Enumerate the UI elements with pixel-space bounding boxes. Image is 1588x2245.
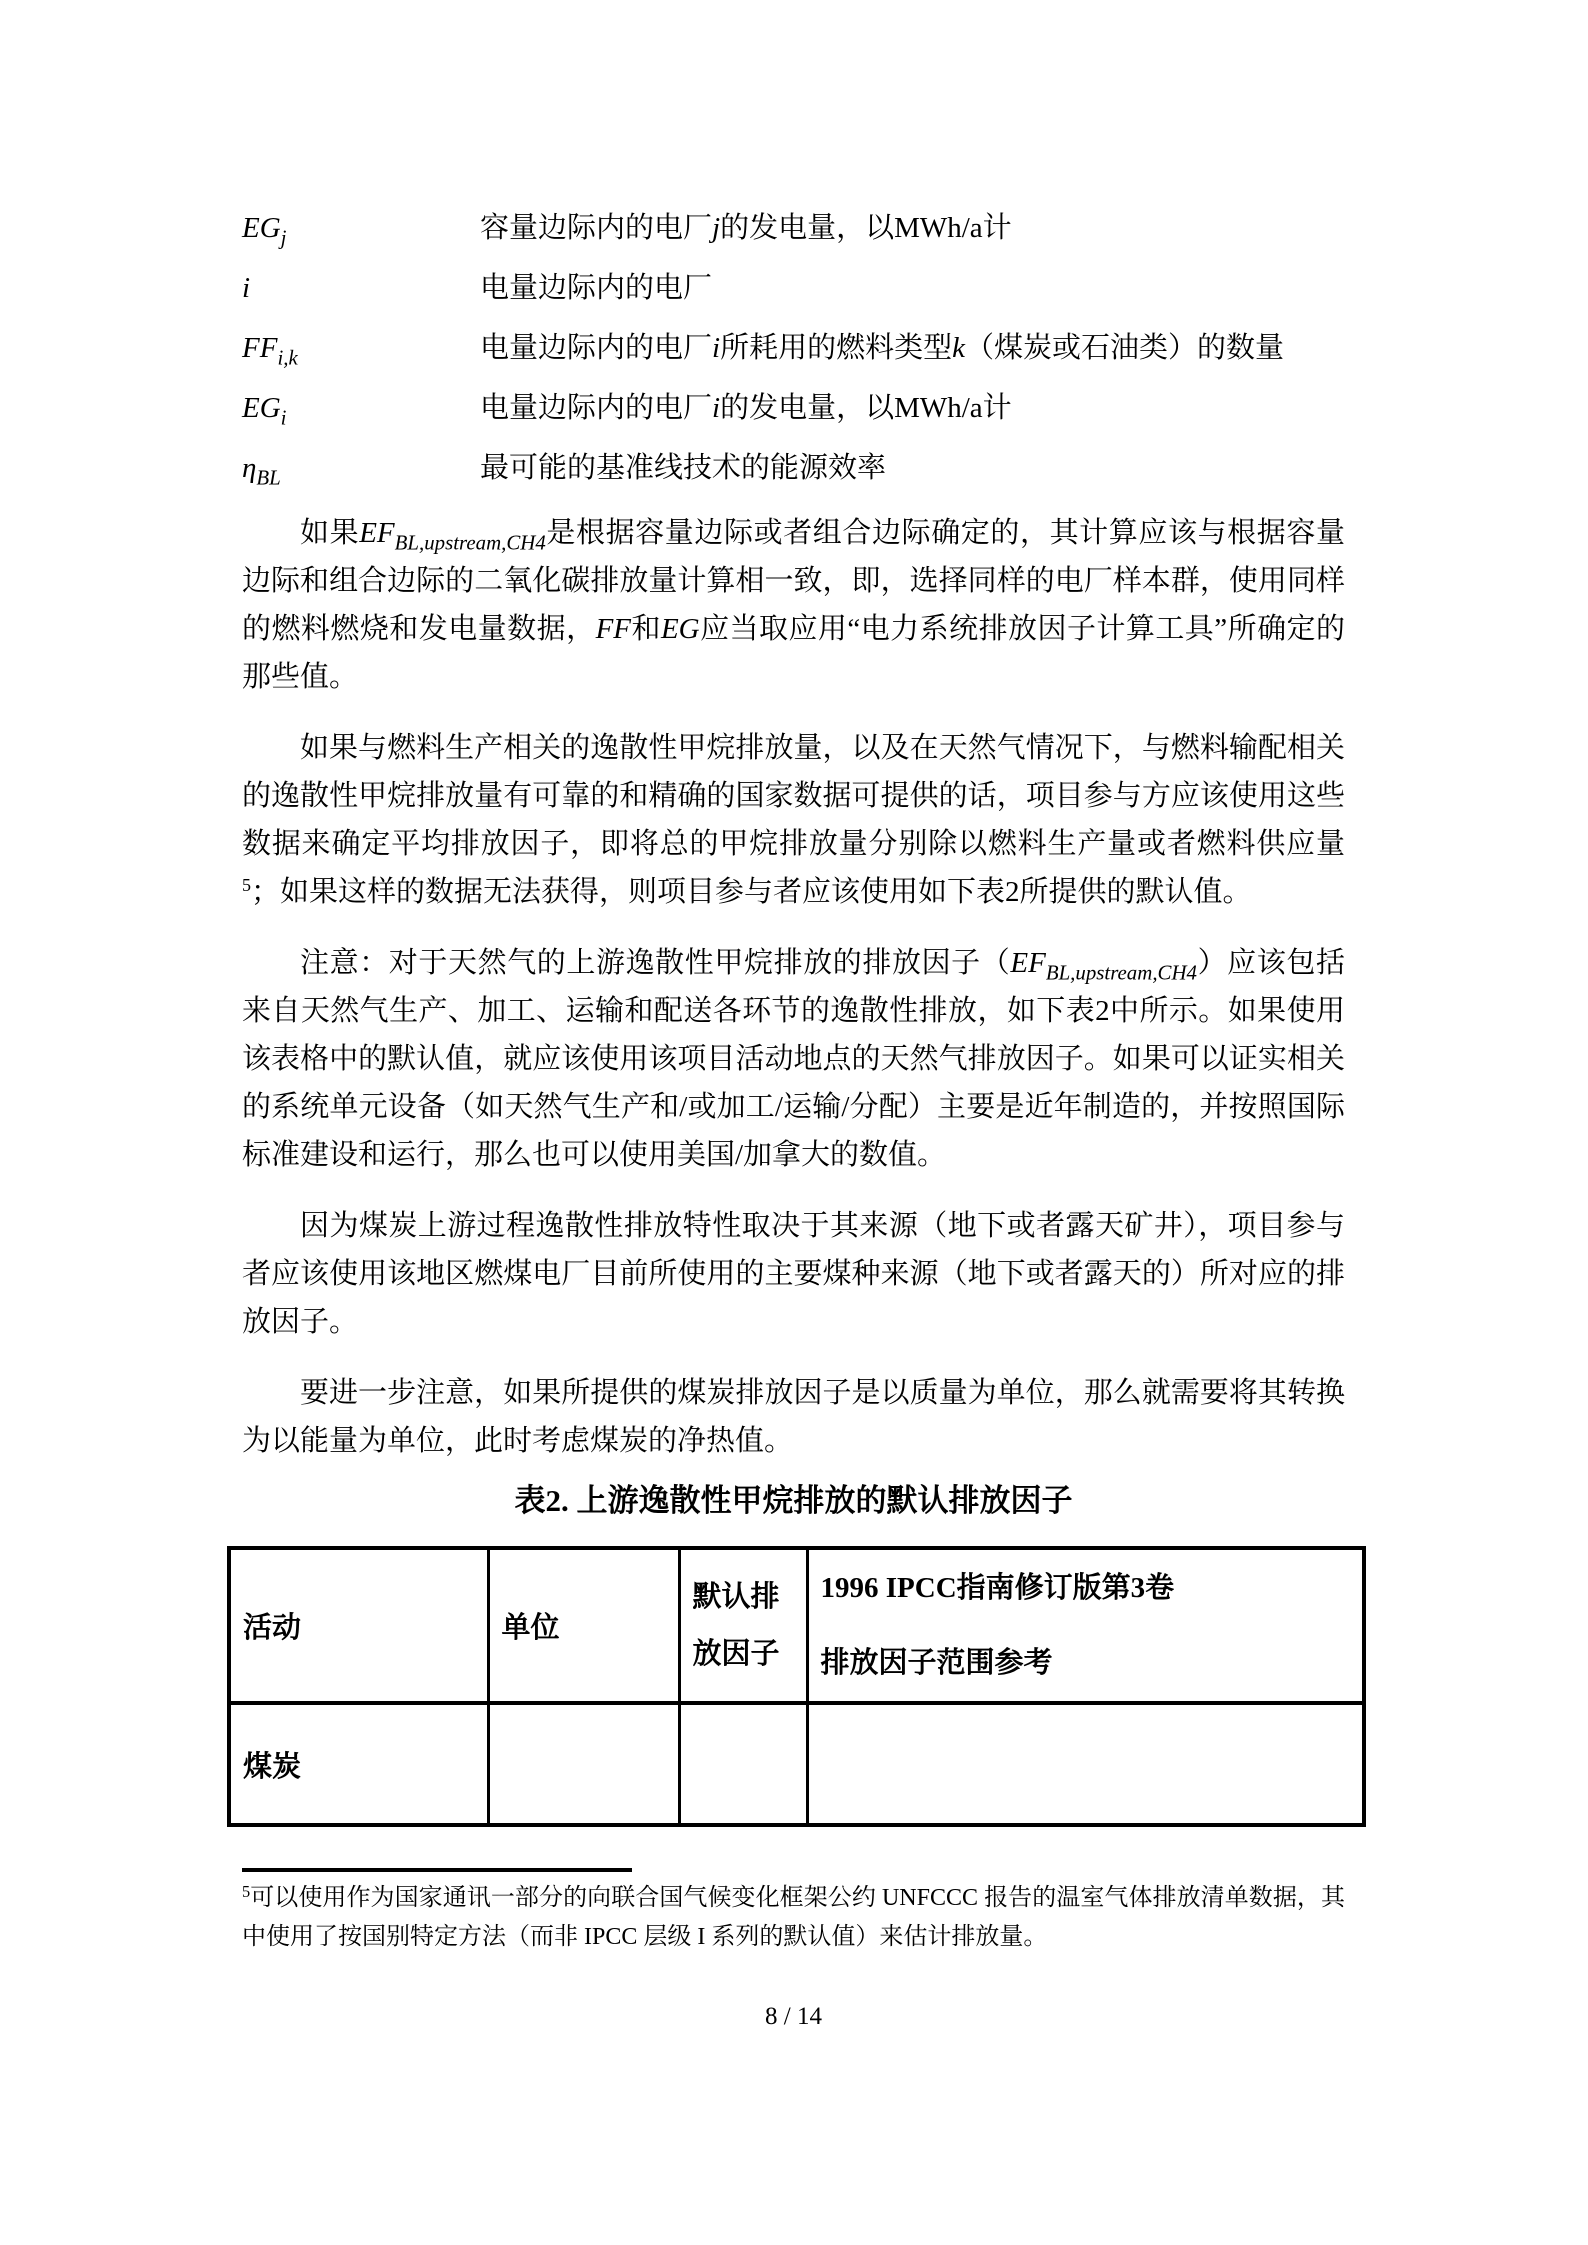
footnote-5: 5可以使用作为国家通讯一部分的向联合国气候变化框架公约 UNFCCC 报告的温室… <box>242 1879 1345 1957</box>
paragraph-ef-calculation: 如果EFBL,upstream,CH4是根据容量边际或者组合边际确定的，其计算应… <box>242 509 1345 701</box>
page-number: 8 / 14 <box>242 2001 1345 2033</box>
definition-row-eta: ηBL 最可能的基准线技术的能源效率 <box>242 443 1345 493</box>
definition-description: 电量边际内的电厂 <box>480 263 1345 313</box>
definition-symbol: i <box>242 263 480 313</box>
definition-symbol: EGj <box>242 203 480 253</box>
table-row-coal: 煤炭 <box>229 1703 1364 1825</box>
paragraph-national-data: 如果与燃料生产相关的逸散性甲烷排放量，以及在天然气情况下，与燃料输配相关的逸散性… <box>242 724 1345 916</box>
header-cell-activity: 活动 <box>229 1548 488 1703</box>
cell-coal-default-ef <box>679 1703 807 1825</box>
cell-coal-activity: 煤炭 <box>229 1703 488 1825</box>
definition-description: 最可能的基准线技术的能源效率 <box>480 443 1345 493</box>
definition-description: 电量边际内的电厂i的发电量，以MWh/a计 <box>480 383 1345 433</box>
definition-row-egj: EGj 容量边际内的电厂j的发电量，以MWh/a计 <box>242 203 1345 253</box>
header-cell-reference: 1996 IPCC指南修订版第3卷 排放因子范围参考 <box>807 1548 1364 1703</box>
document-page: EGj 容量边际内的电厂j的发电量，以MWh/a计 i 电量边际内的电厂 FFi… <box>0 0 1588 2245</box>
cell-coal-unit <box>488 1703 679 1825</box>
definition-symbol: FFi,k <box>242 323 480 373</box>
table-header-row: 活动 单位 默认排放因子 1996 IPCC指南修订版第3卷 排放因子范围参考 <box>229 1548 1364 1703</box>
header-reference-line1: 1996 IPCC指南修订版第3卷 <box>821 1564 1351 1612</box>
definition-row-ffik: FFi,k 电量边际内的电厂i所耗用的燃料类型k（煤炭或石油类）的数量 <box>242 323 1345 373</box>
definition-description: 容量边际内的电厂j的发电量，以MWh/a计 <box>480 203 1345 253</box>
table-title: 表2. 上游逸散性甲烷排放的默认排放因子 <box>242 1479 1345 1523</box>
definition-row-i: i 电量边际内的电厂 <box>242 263 1345 313</box>
paragraph-coal-source: 因为煤炭上游过程逸散性排放特性取决于其来源（地下或者露天矿井），项目参与者应该使… <box>242 1202 1345 1346</box>
header-reference-line2: 排放因子范围参考 <box>821 1639 1351 1687</box>
footnote-separator <box>242 1868 632 1872</box>
cell-coal-reference <box>807 1703 1364 1825</box>
definition-symbol: EGi <box>242 383 480 433</box>
definitions-list: EGj 容量边际内的电厂j的发电量，以MWh/a计 i 电量边际内的电厂 FFi… <box>242 203 1345 493</box>
definition-description: 电量边际内的电厂i所耗用的燃料类型k（煤炭或石油类）的数量 <box>480 323 1345 373</box>
header-cell-default-ef: 默认排放因子 <box>679 1548 807 1703</box>
definition-symbol: ηBL <box>242 443 480 493</box>
paragraph-note-natural-gas: 注意：对于天然气的上游逸散性甲烷排放的排放因子（EFBL,upstream,CH… <box>242 939 1345 1179</box>
header-cell-unit: 单位 <box>488 1548 679 1703</box>
definition-row-egi: EGi 电量边际内的电厂i的发电量，以MWh/a计 <box>242 383 1345 433</box>
paragraph-mass-to-energy: 要进一步注意，如果所提供的煤炭排放因子是以质量为单位，那么就需要将其转换为以能量… <box>242 1369 1345 1465</box>
emission-factors-table: 活动 单位 默认排放因子 1996 IPCC指南修订版第3卷 排放因子范围参考 … <box>227 1546 1366 1827</box>
